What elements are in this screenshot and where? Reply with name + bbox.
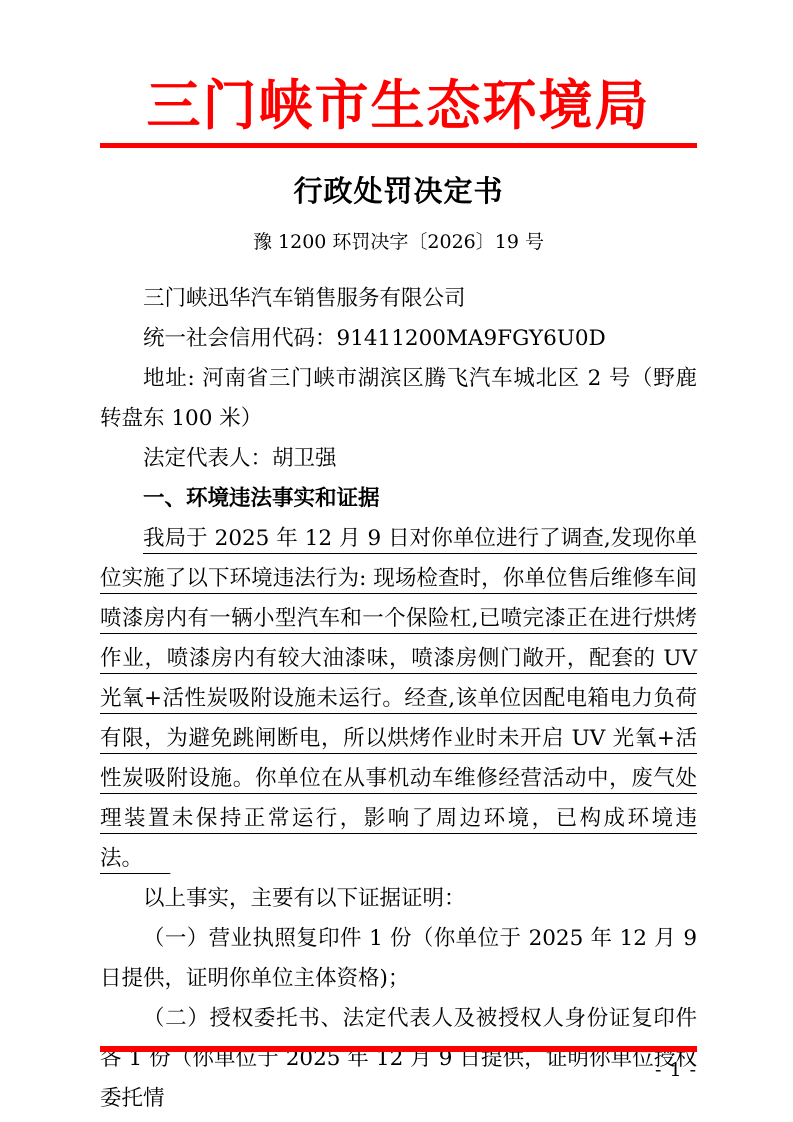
document-number: 豫 1200 环罚决字〔2026〕19 号 xyxy=(100,227,697,254)
page-content: 三门峡市生态环境局 行政处罚决定书 豫 1200 环罚决字〔2026〕19 号 … xyxy=(0,74,793,1119)
legal-rep-value: 胡卫强 xyxy=(272,446,337,471)
page-footer: - 1 - xyxy=(100,1046,697,1081)
evidence-item-1: （一）营业执照复印件 1 份（你单位于 2025 年 12 月 9 日提供，证明… xyxy=(100,919,697,999)
credit-code-label: 统一社会信用代码： xyxy=(143,326,337,351)
page-number: - 1 - xyxy=(100,1059,697,1081)
credit-code-line: 统一社会信用代码：91411200MA9FGY6U0D xyxy=(100,319,697,359)
section1-heading: 一、环境违法事实和证据 xyxy=(100,479,697,519)
recipient-company: 三门峡迅华汽车销售服务有限公司 xyxy=(100,279,697,319)
facts-paragraph: 我局于 2025 年 12 月 9 日对你单位进行了调查,发现你单位实施了以下环… xyxy=(100,519,697,879)
document-title: 行政处罚决定书 xyxy=(100,169,697,210)
penalty-decision-page: 三门峡市生态环境局 行政处罚决定书 豫 1200 环罚决字〔2026〕19 号 … xyxy=(0,0,793,1122)
document-body: 三门峡迅华汽车销售服务有限公司 统一社会信用代码：91411200MA9FGY6… xyxy=(100,279,697,1119)
evidence-intro: 以上事实，主要有以下证据证明： xyxy=(100,879,697,919)
legal-rep-line: 法定代表人：胡卫强 xyxy=(100,439,697,479)
credit-code-value: 91411200MA9FGY6U0D xyxy=(337,326,606,351)
facts-underlined-text: 我局于 2025 年 12 月 9 日对你单位进行了调查,发现你单位实施了以下环… xyxy=(100,526,697,871)
footer-double-rule xyxy=(100,1046,697,1052)
address-label: 地址: xyxy=(143,366,202,391)
header-double-rule xyxy=(100,143,697,148)
legal-rep-label: 法定代表人： xyxy=(143,446,272,471)
agency-name: 三门峡市生态环境局 xyxy=(100,74,697,138)
address-line: 地址: 河南省三门峡市湖滨区腾飞汽车城北区 2 号（野鹿转盘东 100 米） xyxy=(100,359,697,439)
